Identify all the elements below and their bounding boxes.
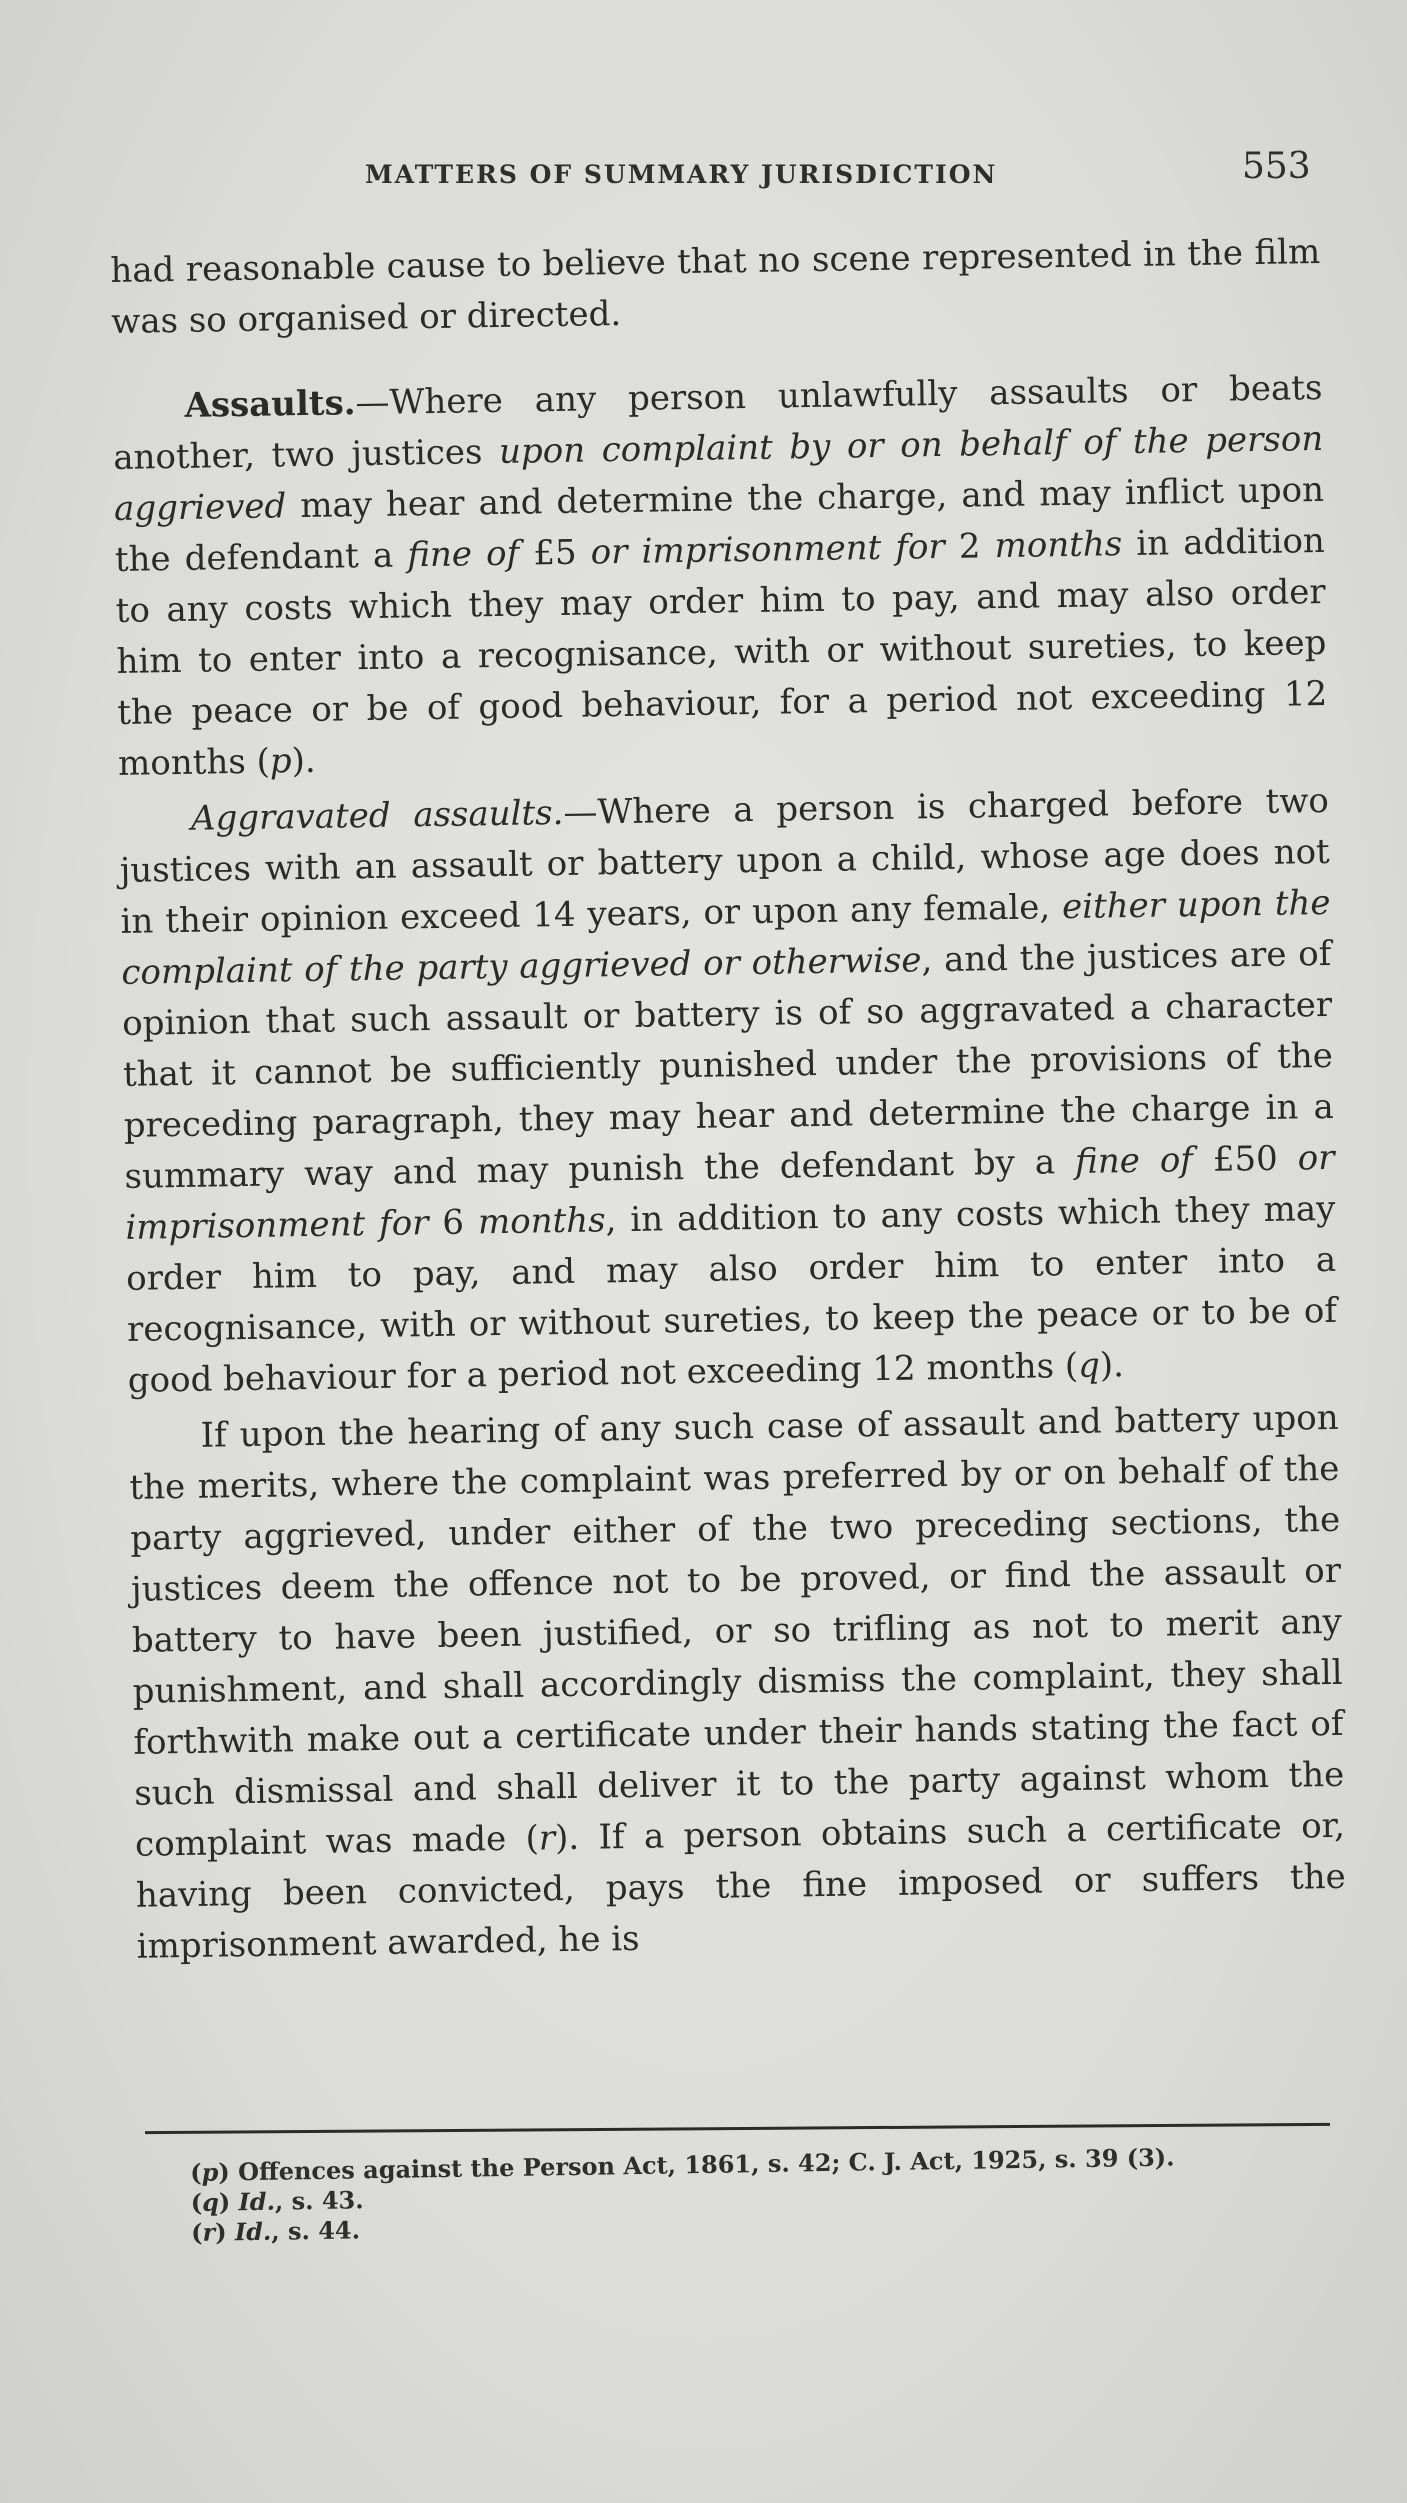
italic-run: months bbox=[478, 1200, 606, 1242]
footnote-text: , s. 44. bbox=[271, 2215, 360, 2245]
section-heading-assaults: Assaults. bbox=[184, 383, 356, 426]
aggravated-assaults-paragraph: Aggravated assaults.—Where a person is c… bbox=[119, 776, 1338, 1407]
section-heading-aggravated: Aggravated assaults. bbox=[191, 793, 564, 839]
italic-run: fine of bbox=[407, 534, 520, 576]
text-run: ). bbox=[291, 741, 316, 781]
footnote-divider bbox=[145, 2123, 1330, 2134]
footnote-text: , s. 43. bbox=[275, 2185, 364, 2215]
body-text: had reasonable cause to believe that no … bbox=[110, 227, 1347, 1973]
footnote-ref-r: r bbox=[539, 1818, 556, 1858]
footnote-ref-p: p bbox=[270, 741, 292, 781]
text-run: £50 bbox=[1193, 1138, 1299, 1180]
page-number: 553 bbox=[1242, 146, 1311, 187]
footnote-mark: p bbox=[201, 2158, 218, 2187]
continuation-paragraph: had reasonable cause to believe that no … bbox=[110, 227, 1321, 348]
text-run: £5 bbox=[519, 532, 591, 573]
running-title: MATTERS OF SUMMARY JURISDICTION bbox=[365, 160, 997, 189]
footnote-ref-q: q bbox=[1078, 1346, 1100, 1386]
footnotes: (p) Offences against the Person Act, 186… bbox=[190, 2140, 1361, 2248]
book-page: MATTERS OF SUMMARY JURISDICTION 553 had … bbox=[0, 0, 1407, 2503]
italic-run: months bbox=[994, 524, 1122, 566]
text-run: 2 bbox=[944, 526, 995, 567]
footnote-italic: Id. bbox=[238, 2187, 275, 2217]
italic-run: fine of bbox=[1075, 1140, 1193, 1182]
italic-run: or imprisonment for bbox=[590, 527, 945, 573]
footnote-mark: q bbox=[202, 2188, 219, 2217]
text-run: ). bbox=[1100, 1345, 1125, 1385]
footnote-mark: r bbox=[202, 2218, 215, 2247]
dismissal-paragraph: If upon the hearing of any such case of … bbox=[128, 1393, 1347, 1973]
assaults-paragraph: Assaults.—Where any person unlawfully as… bbox=[112, 363, 1328, 790]
text-run: 6 bbox=[428, 1202, 478, 1243]
text-run: If upon the hearing of any such case of … bbox=[129, 1398, 1344, 1865]
footnote-italic: Id. bbox=[235, 2217, 272, 2247]
